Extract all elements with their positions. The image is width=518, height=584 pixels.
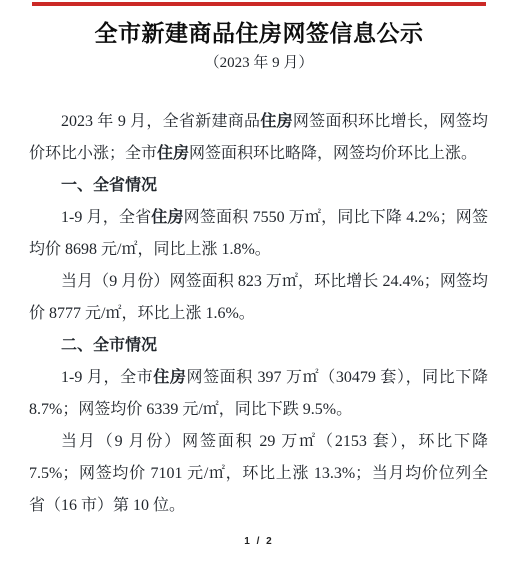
document-body: 2023 年 9 月，全省新建商品住房网签面积环比增长，网签均价环比小涨；全市住… <box>29 106 488 522</box>
text-run: 网签面积环比略降，网签均价环比上涨。 <box>189 145 477 162</box>
text-run: 当月（9 月份）网签面积 29 万㎡（2153 套），环比下降 7.5%；网签均… <box>29 433 488 514</box>
paragraph-province-ytd: 1-9 月，全省住房网签面积 7550 万㎡，同比下降 4.2%；网签均价 86… <box>29 202 488 266</box>
document-page: 全市新建商品住房网签信息公示 （2023 年 9 月） 2023 年 9 月，全… <box>0 0 518 584</box>
paragraph-city-month: 当月（9 月份）网签面积 29 万㎡（2153 套），环比下降 7.5%；网签均… <box>29 426 488 522</box>
text-run: 当月（9 月份）网签面积 823 万㎡，环比增长 24.4%；网签均价 8777… <box>29 273 488 322</box>
text-run: 1-9 月，全市 <box>61 369 153 386</box>
text-run-bold: 住房 <box>260 113 293 130</box>
paragraph-city-ytd: 1-9 月，全市住房网签面积 397 万㎡（30479 套），同比下降 8.7%… <box>29 362 488 426</box>
text-run-bold: 住房 <box>157 145 189 162</box>
section-heading-province: 一、全省情况 <box>29 170 488 202</box>
section-heading-city: 二、全市情况 <box>29 330 488 362</box>
text-run: 2023 年 9 月，全省新建商品 <box>61 113 260 130</box>
paragraph-intro: 2023 年 9 月，全省新建商品住房网签面积环比增长，网签均价环比小涨；全市住… <box>29 106 488 170</box>
document-title: 全市新建商品住房网签信息公示 <box>0 18 518 48</box>
text-run: 1-9 月，全省 <box>61 209 151 226</box>
document-subtitle: （2023 年 9 月） <box>0 53 518 73</box>
paragraph-province-month: 当月（9 月份）网签面积 823 万㎡，环比增长 24.4%；网签均价 8777… <box>29 266 488 330</box>
text-run-bold: 住房 <box>151 209 183 226</box>
page-number-indicator: 1 / 2 <box>0 536 518 547</box>
top-red-divider <box>32 2 486 6</box>
text-run-bold: 住房 <box>153 369 186 386</box>
